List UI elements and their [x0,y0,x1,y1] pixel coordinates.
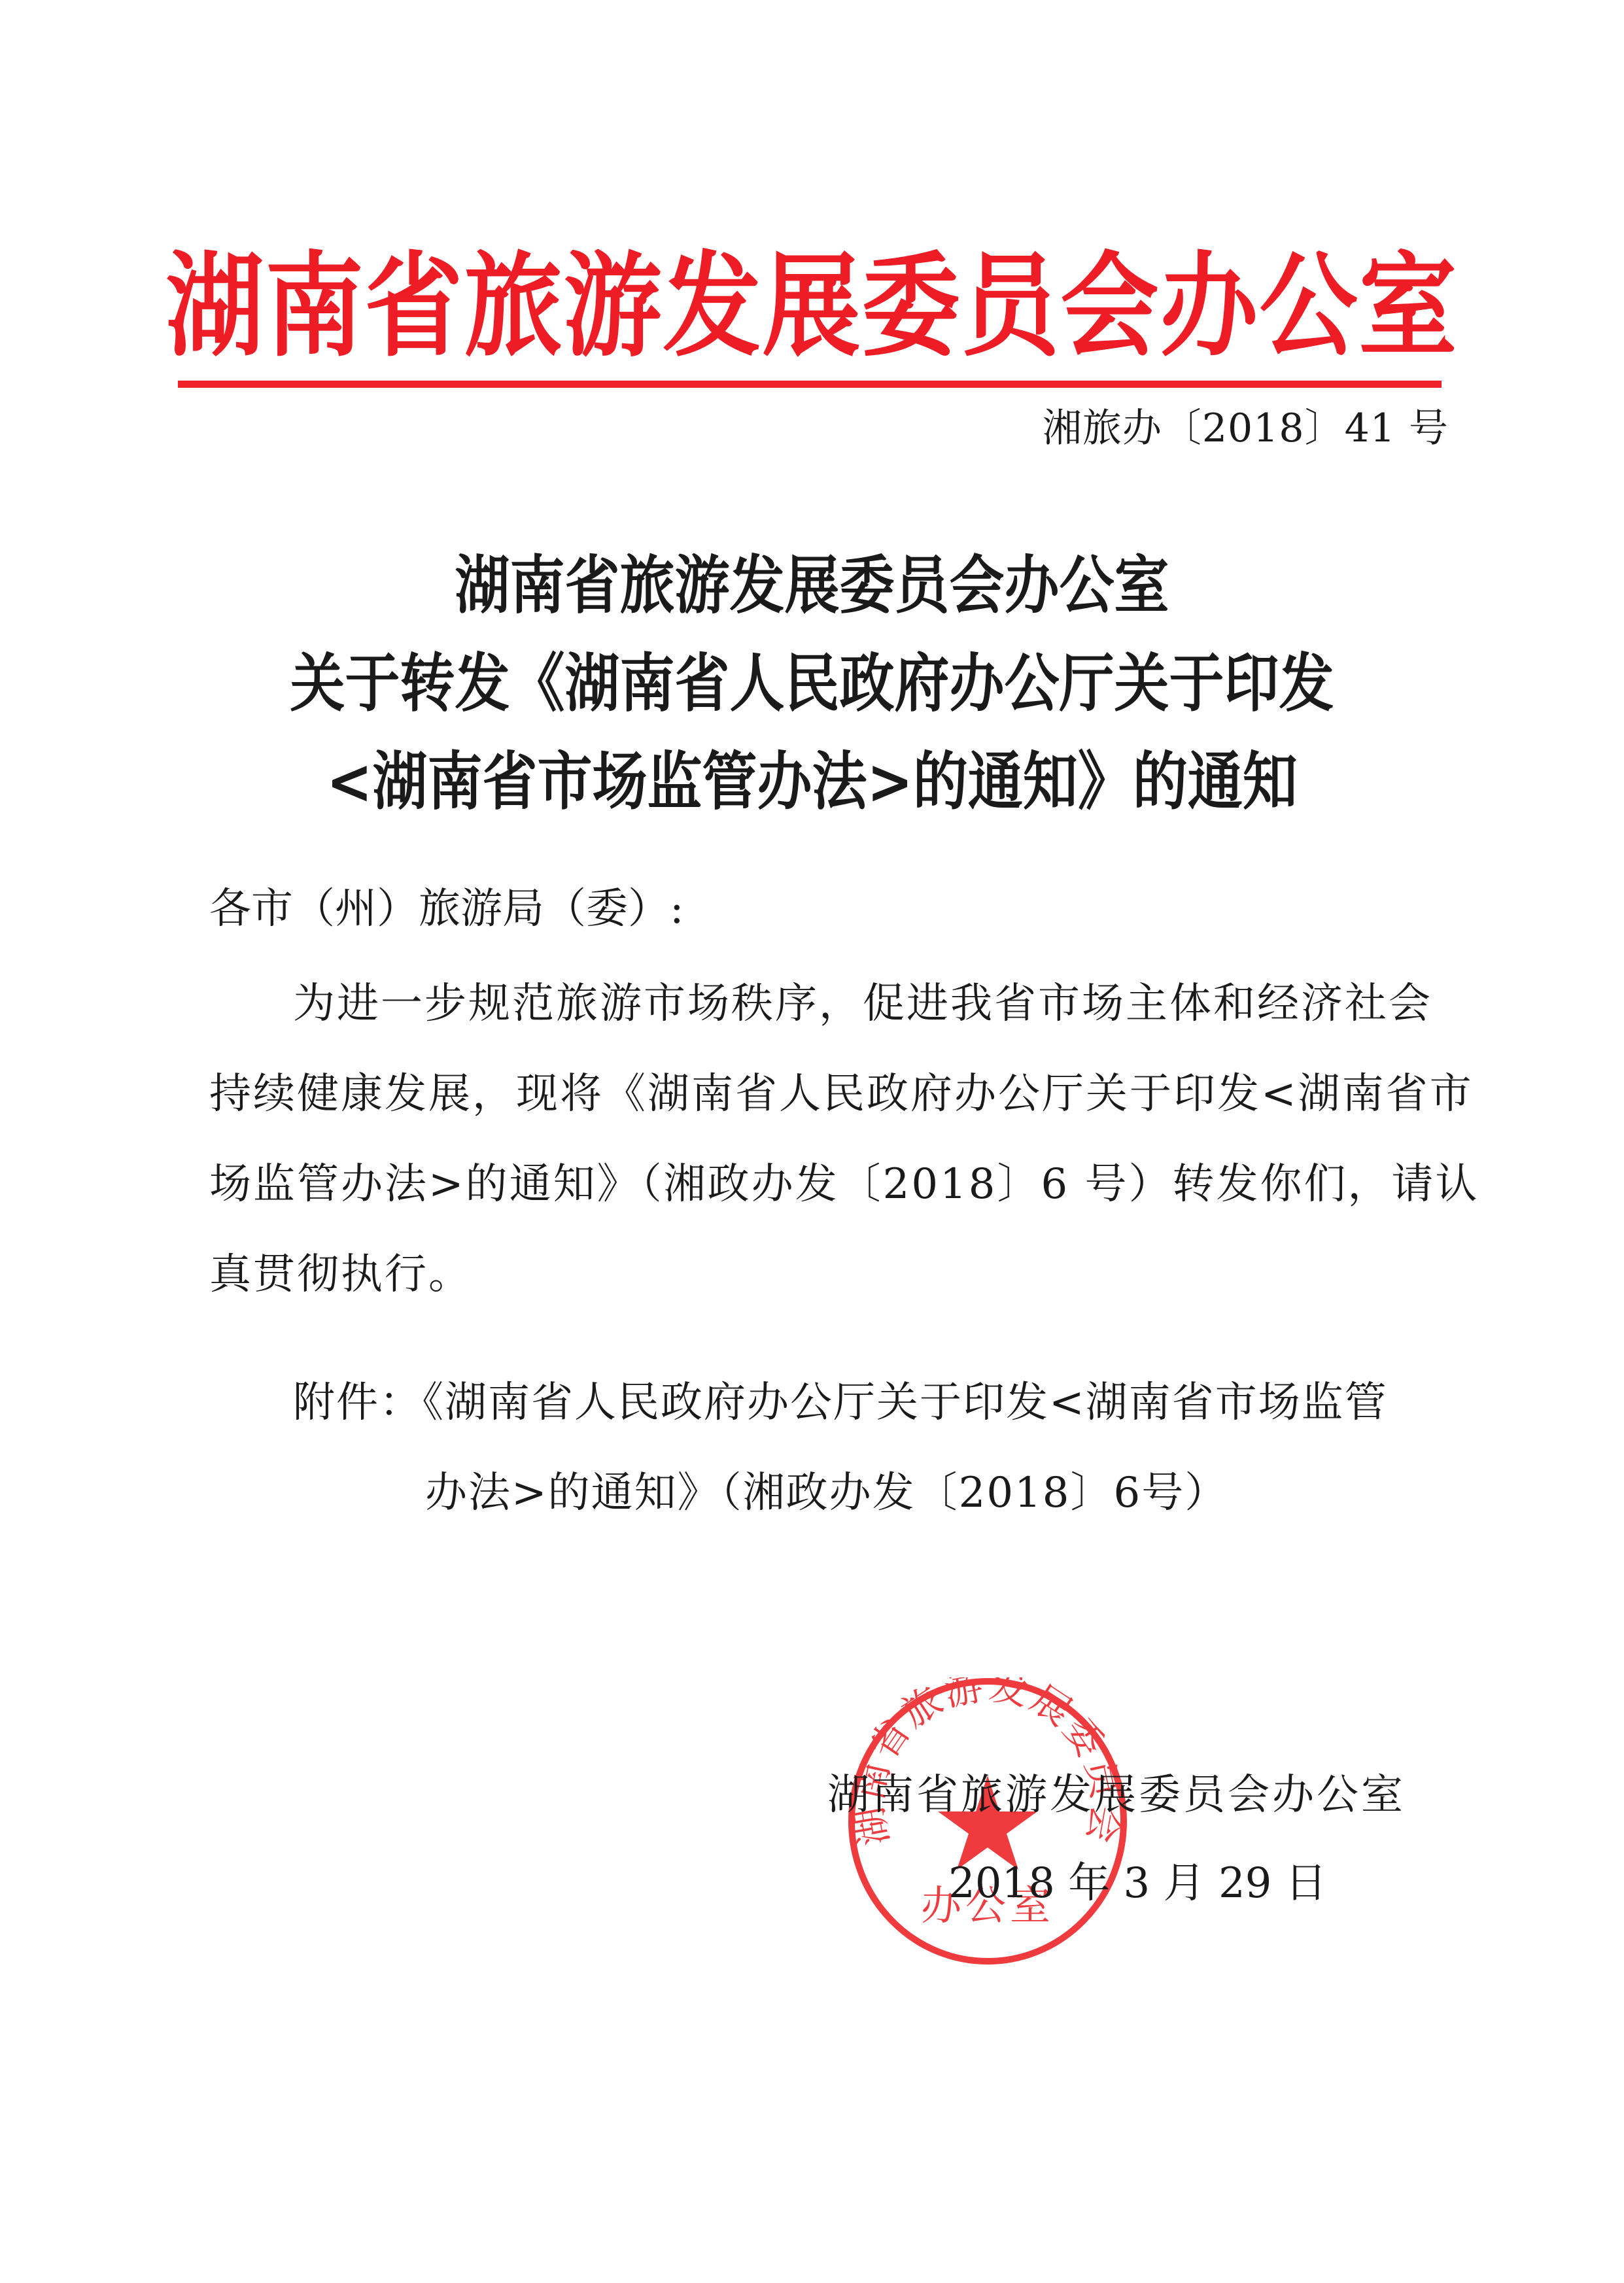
body-line-4: 真贯彻执行。 [209,1245,472,1304]
body-line-1: 为进一步规范旅游市场秩序，促进我省市场主体和经济社会 [293,974,1432,1033]
letterhead-org-name: 湖南省旅游发展委员会办公室 [0,235,1624,379]
body-line-2: 持续健康发展，现将《湖南省人民政府办公厅关于印发<湖南省市 [209,1065,1474,1124]
title-line-2: 关于转发《湖南省人民政府办公厅关于印发 [0,627,1624,740]
attachment-line-1: 附件：《湖南省人民政府办公厅关于印发<湖南省市场监管 [293,1373,1388,1432]
attachment-line-2: 办法>的通知》（湘政办发〔2018〕6号） [425,1464,1228,1522]
document-number: 湘旅办〔2018〕41 号 [1043,402,1449,455]
body-line-3: 场监管办法>的通知》（湘政办发〔2018〕6 号）转发你们，请认 [209,1155,1479,1214]
salutation: 各市（州）旅游局（委）: [209,880,684,938]
title-line-3: <湖南省市场监管办法>的通知》的通知 [0,725,1624,838]
signature-date: 2018 年 3 月 29 日 [948,1854,1327,1913]
red-divider-rule [178,381,1442,388]
document-title: 湖南省旅游发展委员会办公室 关于转发《湖南省人民政府办公厅关于印发 <湖南省市场… [0,536,1624,831]
signature-org: 湖南省旅游发展委员会办公室 [827,1766,1406,1825]
title-line-1: 湖南省旅游发展委员会办公室 [0,529,1624,642]
